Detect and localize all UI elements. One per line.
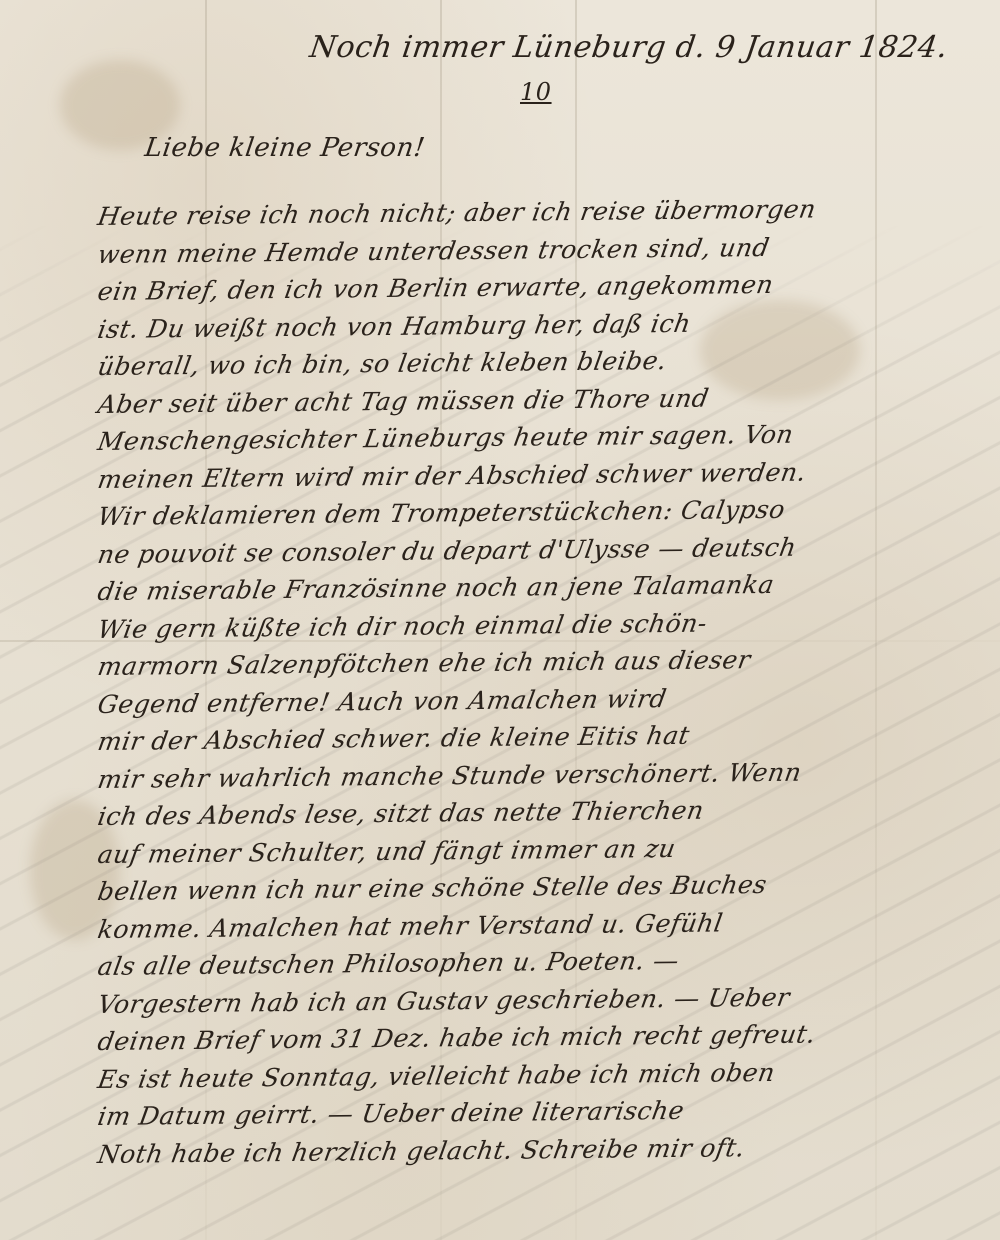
page-number: 10 [520, 78, 552, 106]
salutation: Liebe kleine Person! [143, 133, 427, 163]
letter-page: Noch immer Lüneburg d. 9 Januar 1824. 10… [0, 0, 1000, 1240]
place-date-header: Noch immer Lüneburg d. 9 Januar 1824. [308, 30, 951, 65]
letter-body: Heute reise ich noch nicht; aber ich rei… [98, 198, 998, 1173]
